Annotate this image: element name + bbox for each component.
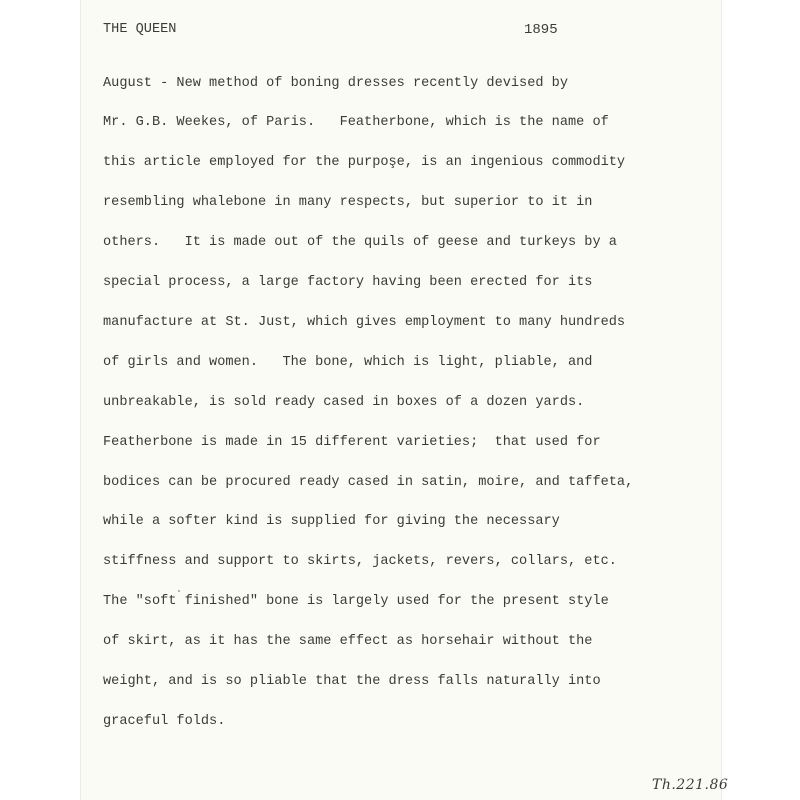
body-line: while a softer kind is supplied for givi… [103, 515, 633, 528]
body-line: Featherbone is made in 15 different vari… [103, 436, 633, 449]
body-line: August - New method of boning dresses re… [103, 77, 633, 90]
body-line: unbreakable, is sold ready cased in boxe… [103, 396, 633, 409]
body-line: stiffness and support to skirts, jackets… [103, 555, 633, 568]
paper-speck [178, 590, 180, 592]
body-line: Mr. G.B. Weekes, of Paris. Featherbone, … [103, 116, 633, 129]
body-line: bodices can be procured ready cased in s… [103, 476, 633, 489]
body-line: special process, a large factory having … [103, 276, 633, 289]
body-line: weight, and is so pliable that the dress… [103, 675, 633, 688]
body-line: of girls and women. The bone, which is l… [103, 356, 633, 369]
publication-year: 1895 [524, 22, 558, 38]
body-line: others. It is made out of the quils of g… [103, 236, 633, 249]
body-line: manufacture at St. Just, which gives emp… [103, 316, 633, 329]
body-line: The "soft finished" bone is largely used… [103, 595, 633, 608]
article-body: August - New method of boning dresses re… [103, 50, 633, 741]
publication-title: THE QUEEN [103, 22, 176, 37]
body-line: graceful folds. [103, 715, 633, 728]
body-line: of skirt, as it has the same effect as h… [103, 635, 633, 648]
body-line: this article employed for the purpoşe, i… [103, 156, 633, 169]
body-line: resembling whalebone in many respects, b… [103, 196, 633, 209]
handwritten-catalog-number: Th.221.86 [652, 777, 728, 793]
